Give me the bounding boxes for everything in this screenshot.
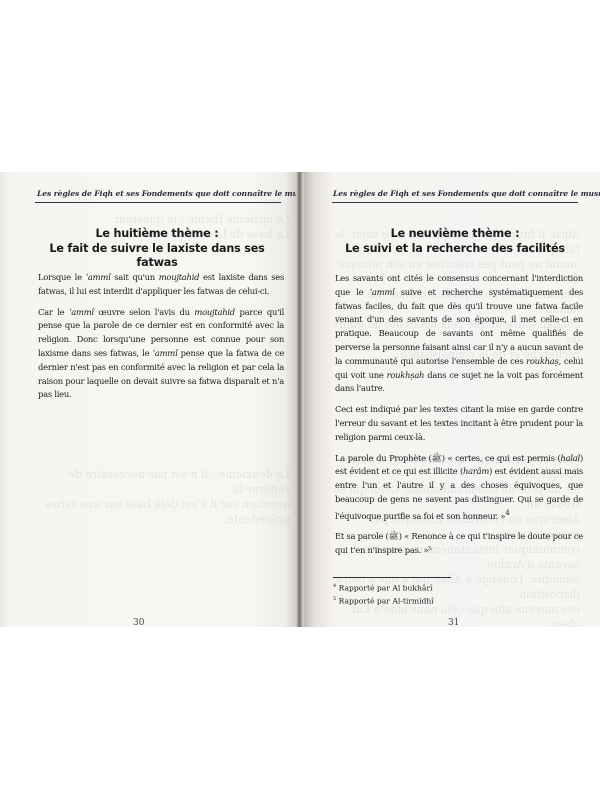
- footnote-rule: [333, 577, 451, 578]
- header-rule-right: [332, 202, 578, 203]
- chapter-title-right-line2: Le suivi et la recherche des facilités: [320, 242, 590, 257]
- paragraph: Et sa parole (ﷺ) « Renonce à ce qui t'in…: [335, 530, 583, 558]
- footnote-5: 5 Rapporté par Al-tirmidhî: [333, 594, 573, 607]
- chapter-title-right-line1: Le neuvième thème :: [320, 227, 590, 242]
- running-head-right: Les règles de Fiqh et ses Fondements que…: [333, 189, 600, 198]
- right-body: Les savants ont cités le consensus conce…: [335, 272, 583, 565]
- book-spine: [296, 172, 304, 627]
- chapter-title-left-line1: Le huitième thème :: [30, 227, 284, 242]
- paragraph: Car le ʿammî œuvre selon l'avis du moujt…: [38, 306, 284, 403]
- chapter-title-left: Le huitième thème : Le fait de suivre le…: [30, 227, 284, 271]
- right-page: Ainsi, il fut pris comme preuve à ce suj…: [300, 172, 600, 627]
- footnote-4: 4 Rapporté par Al bukhârî: [333, 581, 573, 594]
- header-rule-left: [35, 202, 281, 203]
- left-page: Le onzième thème : la question La base d…: [0, 172, 300, 627]
- running-head-left: Les règles de Fiqh et ses Fondements que…: [37, 189, 300, 198]
- paragraph: Ceci est indiqué par les textes citant l…: [335, 403, 583, 444]
- paragraph: La parole du Prophète (ﷺ) « certes, ce q…: [335, 452, 583, 524]
- paragraph: Les savants ont cités le consensus conce…: [335, 272, 583, 396]
- page-number-right: 31: [448, 618, 459, 627]
- open-book: Le onzième thème : la question La base d…: [0, 172, 600, 627]
- chapter-title-right: Le neuvième thème : Le suivi et la reche…: [320, 227, 590, 256]
- chapter-title-left-line2: Le fait de suivre le laxiste dans ses fa…: [30, 242, 284, 271]
- paragraph: Lorsque le ʿammî sait qu'un moujtahid es…: [38, 271, 284, 299]
- page-number-left: 30: [133, 618, 144, 627]
- left-body: Lorsque le ʿammî sait qu'un moujtahid es…: [38, 271, 284, 409]
- footnotes: 4 Rapporté par Al bukhârî 5 Rapporté par…: [333, 581, 573, 607]
